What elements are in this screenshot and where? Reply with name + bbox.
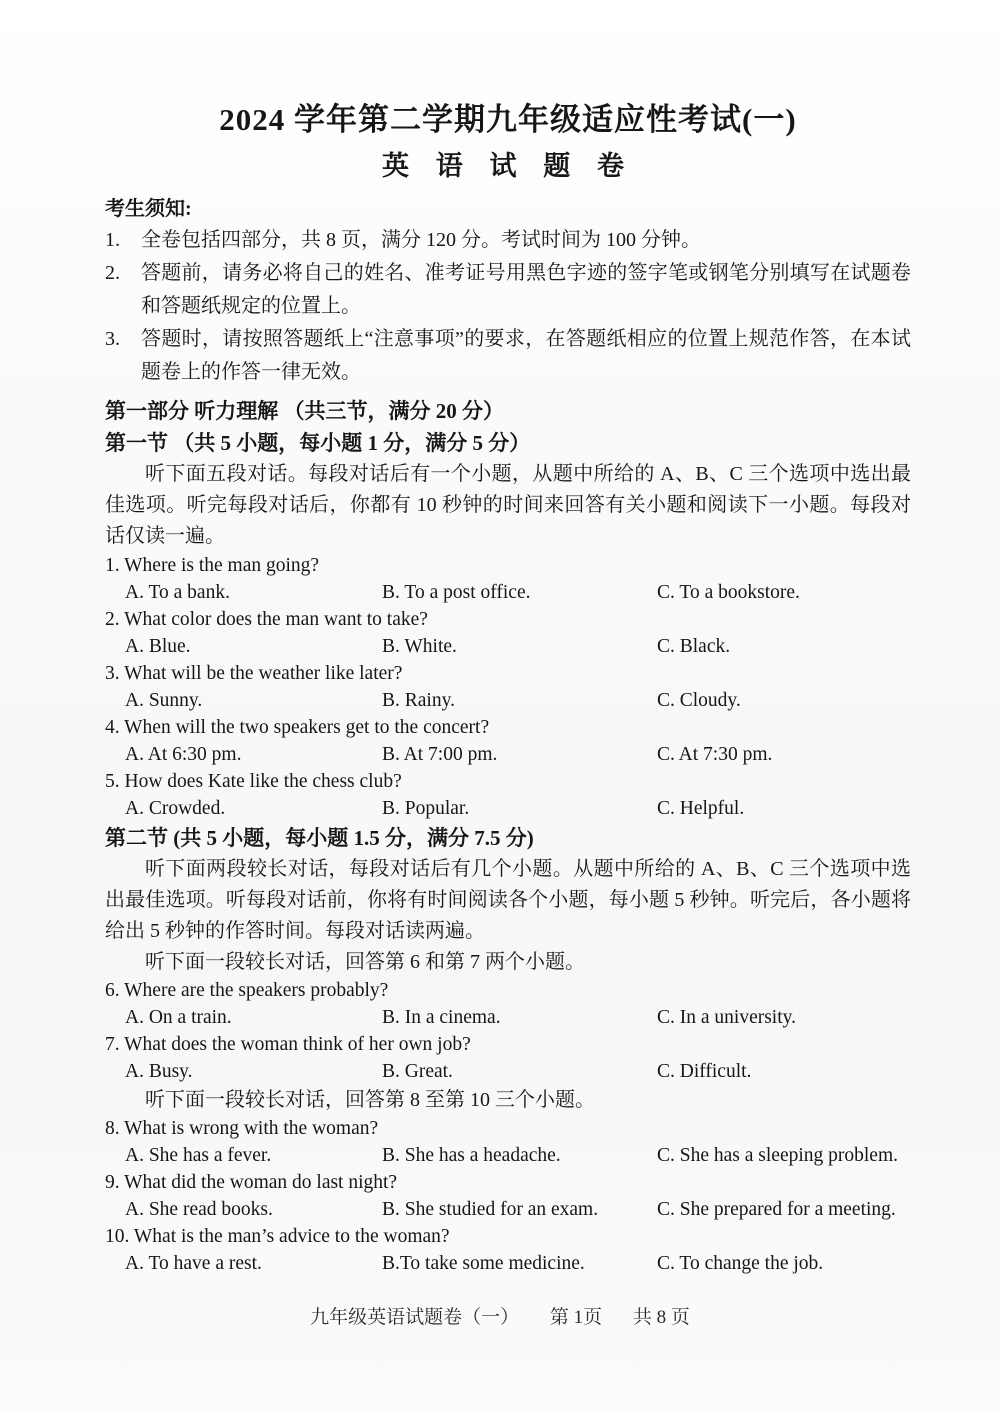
question-2-options: A. Blue. B. White. C. Black. xyxy=(105,633,911,660)
question-5-text: 5. How does Kate like the chess club? xyxy=(105,768,911,795)
question-6: 6. Where are the speakers probably? A. O… xyxy=(105,977,911,1031)
question-7-option-c: C. Difficult. xyxy=(657,1058,911,1085)
question-10: 10. What is the man’s advice to the woma… xyxy=(105,1223,911,1277)
question-8-text: 8. What is wrong with the woman? xyxy=(105,1115,911,1142)
exam-paper-page: 2024 学年第二学期九年级适应性考试(一) 英 语 试 题 卷 考生须知: 1… xyxy=(0,0,1000,1413)
question-2-option-c: C. Black. xyxy=(657,633,911,660)
notice-item-3-number: 3. xyxy=(105,323,141,389)
document-subtitle: 英 语 试 题 卷 xyxy=(105,148,911,184)
question-3-text: 3. What will be the weather like later? xyxy=(105,660,911,687)
question-4-option-a: A. At 6:30 pm. xyxy=(125,741,382,768)
question-6-option-b: B. In a cinema. xyxy=(382,1004,657,1031)
section2-instructions: 听下面两段较长对话，每段对话后有几个小题。从题中所给的 A、B、C 三个选项中选… xyxy=(105,854,911,947)
question-8-option-b: B. She has a headache. xyxy=(382,1142,657,1169)
question-7: 7. What does the woman think of her own … xyxy=(105,1031,911,1085)
question-6-option-c: C. In a university. xyxy=(657,1004,911,1031)
question-2-option-a: A. Blue. xyxy=(125,633,382,660)
question-9-option-b: B. She studied for an exam. xyxy=(382,1196,657,1223)
question-4-option-c: C. At 7:30 pm. xyxy=(657,741,911,768)
footer-page-number: 第 1页 xyxy=(550,1307,602,1328)
question-3-option-a: A. Sunny. xyxy=(125,687,382,714)
section1-heading: 第一节 （共 5 小题，每小题 1 分，满分 5 分） xyxy=(105,427,911,459)
question-2-text: 2. What color does the man want to take? xyxy=(105,606,911,633)
question-3-options: A. Sunny. B. Rainy. C. Cloudy. xyxy=(105,687,911,714)
question-7-option-a: A. Busy. xyxy=(125,1058,382,1085)
part1-heading: 第一部分 听力理解 （共三节，满分 20 分） xyxy=(105,395,911,427)
notice-item-2-text: 答题前，请务必将自己的姓名、准考证号用黑色字迹的签字笔或钢笔分别填写在试题卷和答… xyxy=(141,257,911,323)
page-content: 2024 学年第二学期九年级适应性考试(一) 英 语 试 题 卷 考生须知: 1… xyxy=(105,100,911,1277)
document-title: 2024 学年第二学期九年级适应性考试(一) xyxy=(105,100,911,140)
question-1-options: A. To a bank. B. To a post office. C. To… xyxy=(105,579,911,606)
dialog-note-8-10: 听下面一段较长对话，回答第 8 至第 10 三个小题。 xyxy=(105,1085,911,1115)
question-5-option-b: B. Popular. xyxy=(382,795,657,822)
question-5-option-a: A. Crowded. xyxy=(125,795,382,822)
page-footer: 九年级英语试题卷（一） 第 1页 共 8 页 xyxy=(0,1302,1000,1329)
question-6-options: A. On a train. B. In a cinema. C. In a u… xyxy=(105,1004,911,1031)
question-9-text: 9. What did the woman do last night? xyxy=(105,1169,911,1196)
question-9-option-c: C. She prepared for a meeting. xyxy=(657,1196,911,1223)
question-3-option-c: C. Cloudy. xyxy=(657,687,911,714)
question-1-option-b: B. To a post office. xyxy=(382,579,657,606)
question-5: 5. How does Kate like the chess club? A.… xyxy=(105,768,911,822)
question-10-text: 10. What is the man’s advice to the woma… xyxy=(105,1223,911,1250)
notice-item-1-number: 1. xyxy=(105,224,141,257)
question-4-options: A. At 6:30 pm. B. At 7:00 pm. C. At 7:30… xyxy=(105,741,911,768)
question-10-option-b: B.To take some medicine. xyxy=(382,1250,657,1277)
question-8-options: A. She has a fever. B. She has a headach… xyxy=(105,1142,911,1169)
question-1-option-a: A. To a bank. xyxy=(125,579,382,606)
notice-item-2-number: 2. xyxy=(105,257,141,323)
footer-document-title: 九年级英语试题卷（一） xyxy=(310,1307,519,1328)
question-10-option-c: C. To change the job. xyxy=(657,1250,911,1277)
question-1-option-c: C. To a bookstore. xyxy=(657,579,911,606)
question-6-text: 6. Where are the speakers probably? xyxy=(105,977,911,1004)
question-9: 9. What did the woman do last night? A. … xyxy=(105,1169,911,1223)
question-3-option-b: B. Rainy. xyxy=(382,687,657,714)
question-9-option-a: A. She read books. xyxy=(125,1196,382,1223)
question-5-option-c: C. Helpful. xyxy=(657,795,911,822)
notice-heading: 考生须知: xyxy=(105,194,911,224)
dialog-note-6-7: 听下面一段较长对话，回答第 6 和第 7 两个小题。 xyxy=(105,947,911,977)
question-8-option-a: A. She has a fever. xyxy=(125,1142,382,1169)
question-7-options: A. Busy. B. Great. C. Difficult. xyxy=(105,1058,911,1085)
section2-heading: 第二节 (共 5 小题，每小题 1.5 分，满分 7.5 分) xyxy=(105,822,911,854)
question-1-text: 1. Where is the man going? xyxy=(105,552,911,579)
notice-item-1-text: 全卷包括四部分，共 8 页，满分 120 分。考试时间为 100 分钟。 xyxy=(141,224,911,257)
question-4: 4. When will the two speakers get to the… xyxy=(105,714,911,768)
question-8: 8. What is wrong with the woman? A. She … xyxy=(105,1115,911,1169)
notice-item-1: 1. 全卷包括四部分，共 8 页，满分 120 分。考试时间为 100 分钟。 xyxy=(105,224,911,257)
notice-item-2: 2. 答题前，请务必将自己的姓名、准考证号用黑色字迹的签字笔或钢笔分别填写在试题… xyxy=(105,257,911,323)
question-8-option-c: C. She has a sleeping problem. xyxy=(657,1142,911,1169)
notice-item-3: 3. 答题时，请按照答题纸上“注意事项”的要求，在答题纸相应的位置上规范作答，在… xyxy=(105,323,911,389)
question-5-options: A. Crowded. B. Popular. C. Helpful. xyxy=(105,795,911,822)
question-2: 2. What color does the man want to take?… xyxy=(105,606,911,660)
question-9-options: A. She read books. B. She studied for an… xyxy=(105,1196,911,1223)
question-4-option-b: B. At 7:00 pm. xyxy=(382,741,657,768)
question-1: 1. Where is the man going? A. To a bank.… xyxy=(105,552,911,606)
question-6-option-a: A. On a train. xyxy=(125,1004,382,1031)
question-2-option-b: B. White. xyxy=(382,633,657,660)
question-4-text: 4. When will the two speakers get to the… xyxy=(105,714,911,741)
footer-total-pages: 共 8 页 xyxy=(633,1307,690,1328)
question-7-option-b: B. Great. xyxy=(382,1058,657,1085)
question-3: 3. What will be the weather like later? … xyxy=(105,660,911,714)
question-7-text: 7. What does the woman think of her own … xyxy=(105,1031,911,1058)
section1-instructions: 听下面五段对话。每段对话后有一个小题，从题中所给的 A、B、C 三个选项中选出最… xyxy=(105,459,911,552)
question-10-option-a: A. To have a rest. xyxy=(125,1250,382,1277)
question-10-options: A. To have a rest. B.To take some medici… xyxy=(105,1250,911,1277)
notice-item-3-text: 答题时，请按照答题纸上“注意事项”的要求，在答题纸相应的位置上规范作答，在本试题… xyxy=(141,323,911,389)
